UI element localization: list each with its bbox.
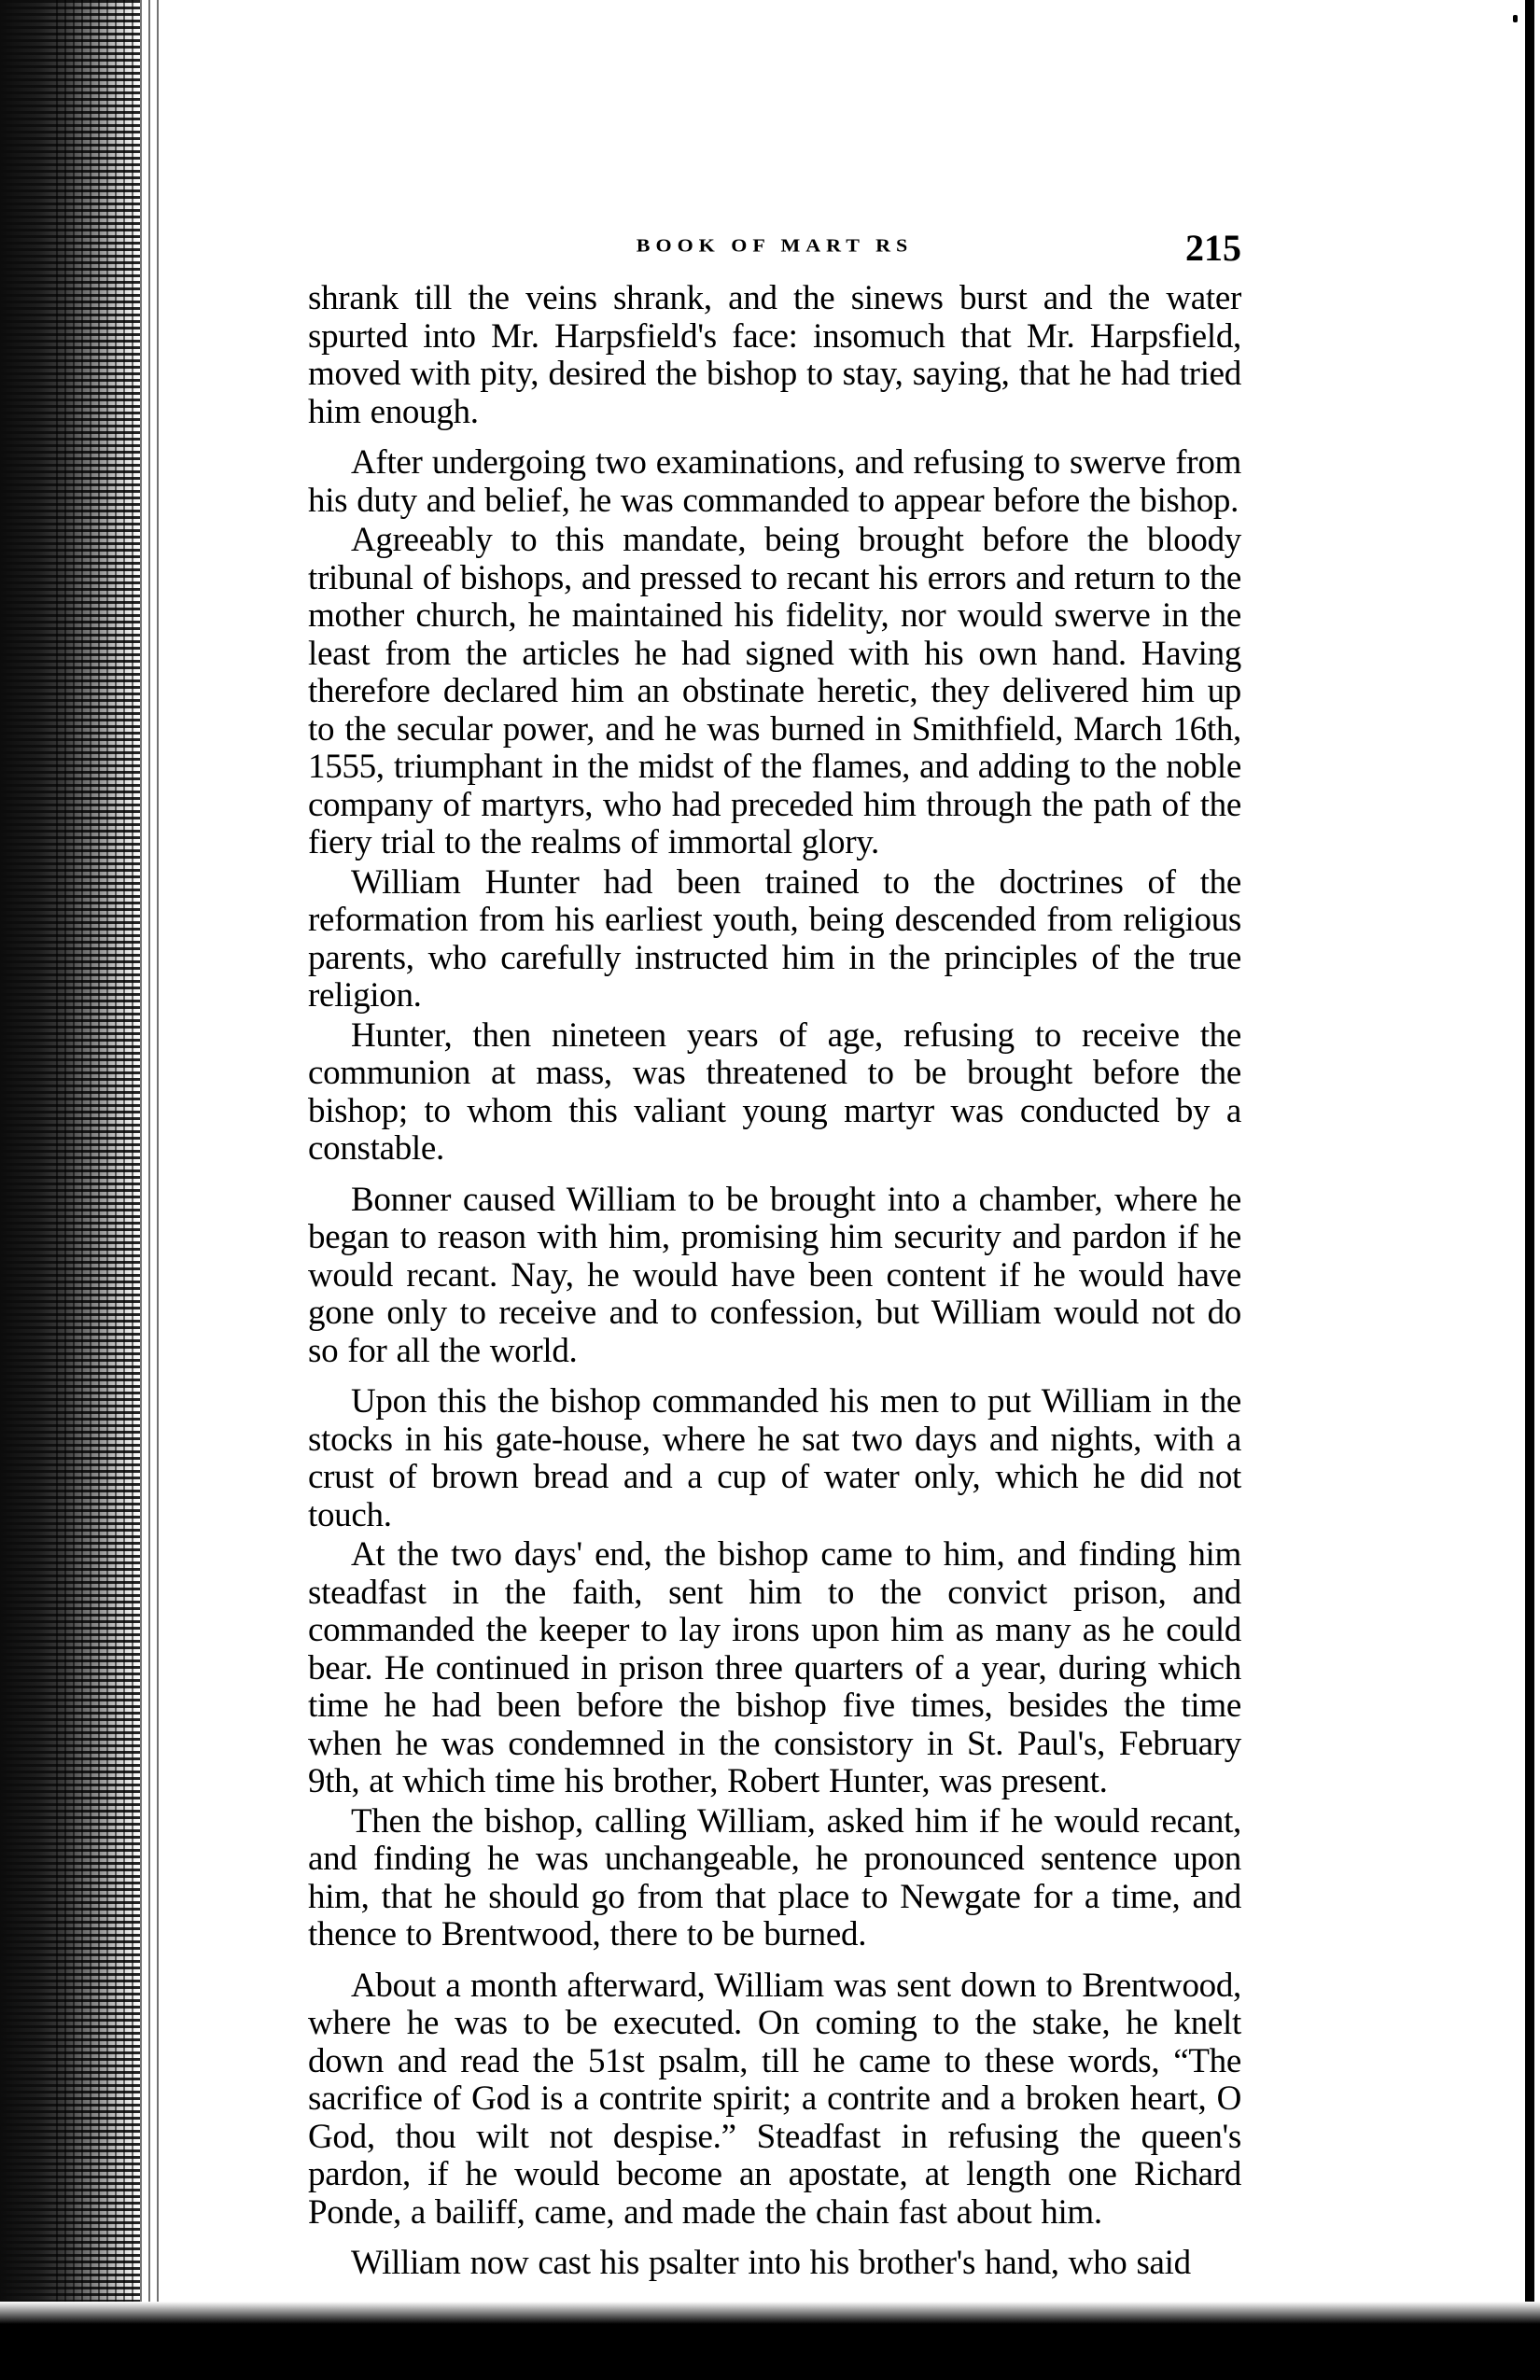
binding-speckle — [56, 0, 159, 2380]
page-body: BOOK OF MART RS 215 shrank till the vein… — [308, 233, 1241, 2283]
scan-speck — [1513, 15, 1518, 22]
paragraph: Upon this the bishop commanded his men t… — [308, 1383, 1241, 1534]
paragraph: shrank till the veins shrank, and the si… — [308, 280, 1241, 431]
running-title: BOOK OF MART RS — [308, 234, 1241, 256]
running-head: BOOK OF MART RS 215 — [308, 233, 1241, 280]
page-number: 215 — [1185, 226, 1241, 270]
paragraph: Bonner caused William to be brought into… — [308, 1182, 1241, 1371]
paragraph: After undergoing two examinations, and r… — [308, 444, 1241, 520]
paragraph: About a month afterward, William was sen… — [308, 1967, 1241, 2233]
paragraph: Then the bishop, calling William, asked … — [308, 1803, 1241, 1954]
paragraph: Hunter, then nineteen years of age, refu… — [308, 1017, 1241, 1169]
paragraph: William Hunter had been trained to the d… — [308, 864, 1241, 1015]
page-edge-bottom — [0, 2324, 1540, 2380]
paragraph: At the two days' end, the bishop came to… — [308, 1536, 1241, 1801]
page-edge-right — [1525, 0, 1534, 2305]
paragraph: Agreeably to this mandate, being brought… — [308, 522, 1241, 862]
paragraph: William now cast his psalter into his br… — [308, 2245, 1241, 2283]
scan-fade-bottom — [0, 2302, 1540, 2324]
